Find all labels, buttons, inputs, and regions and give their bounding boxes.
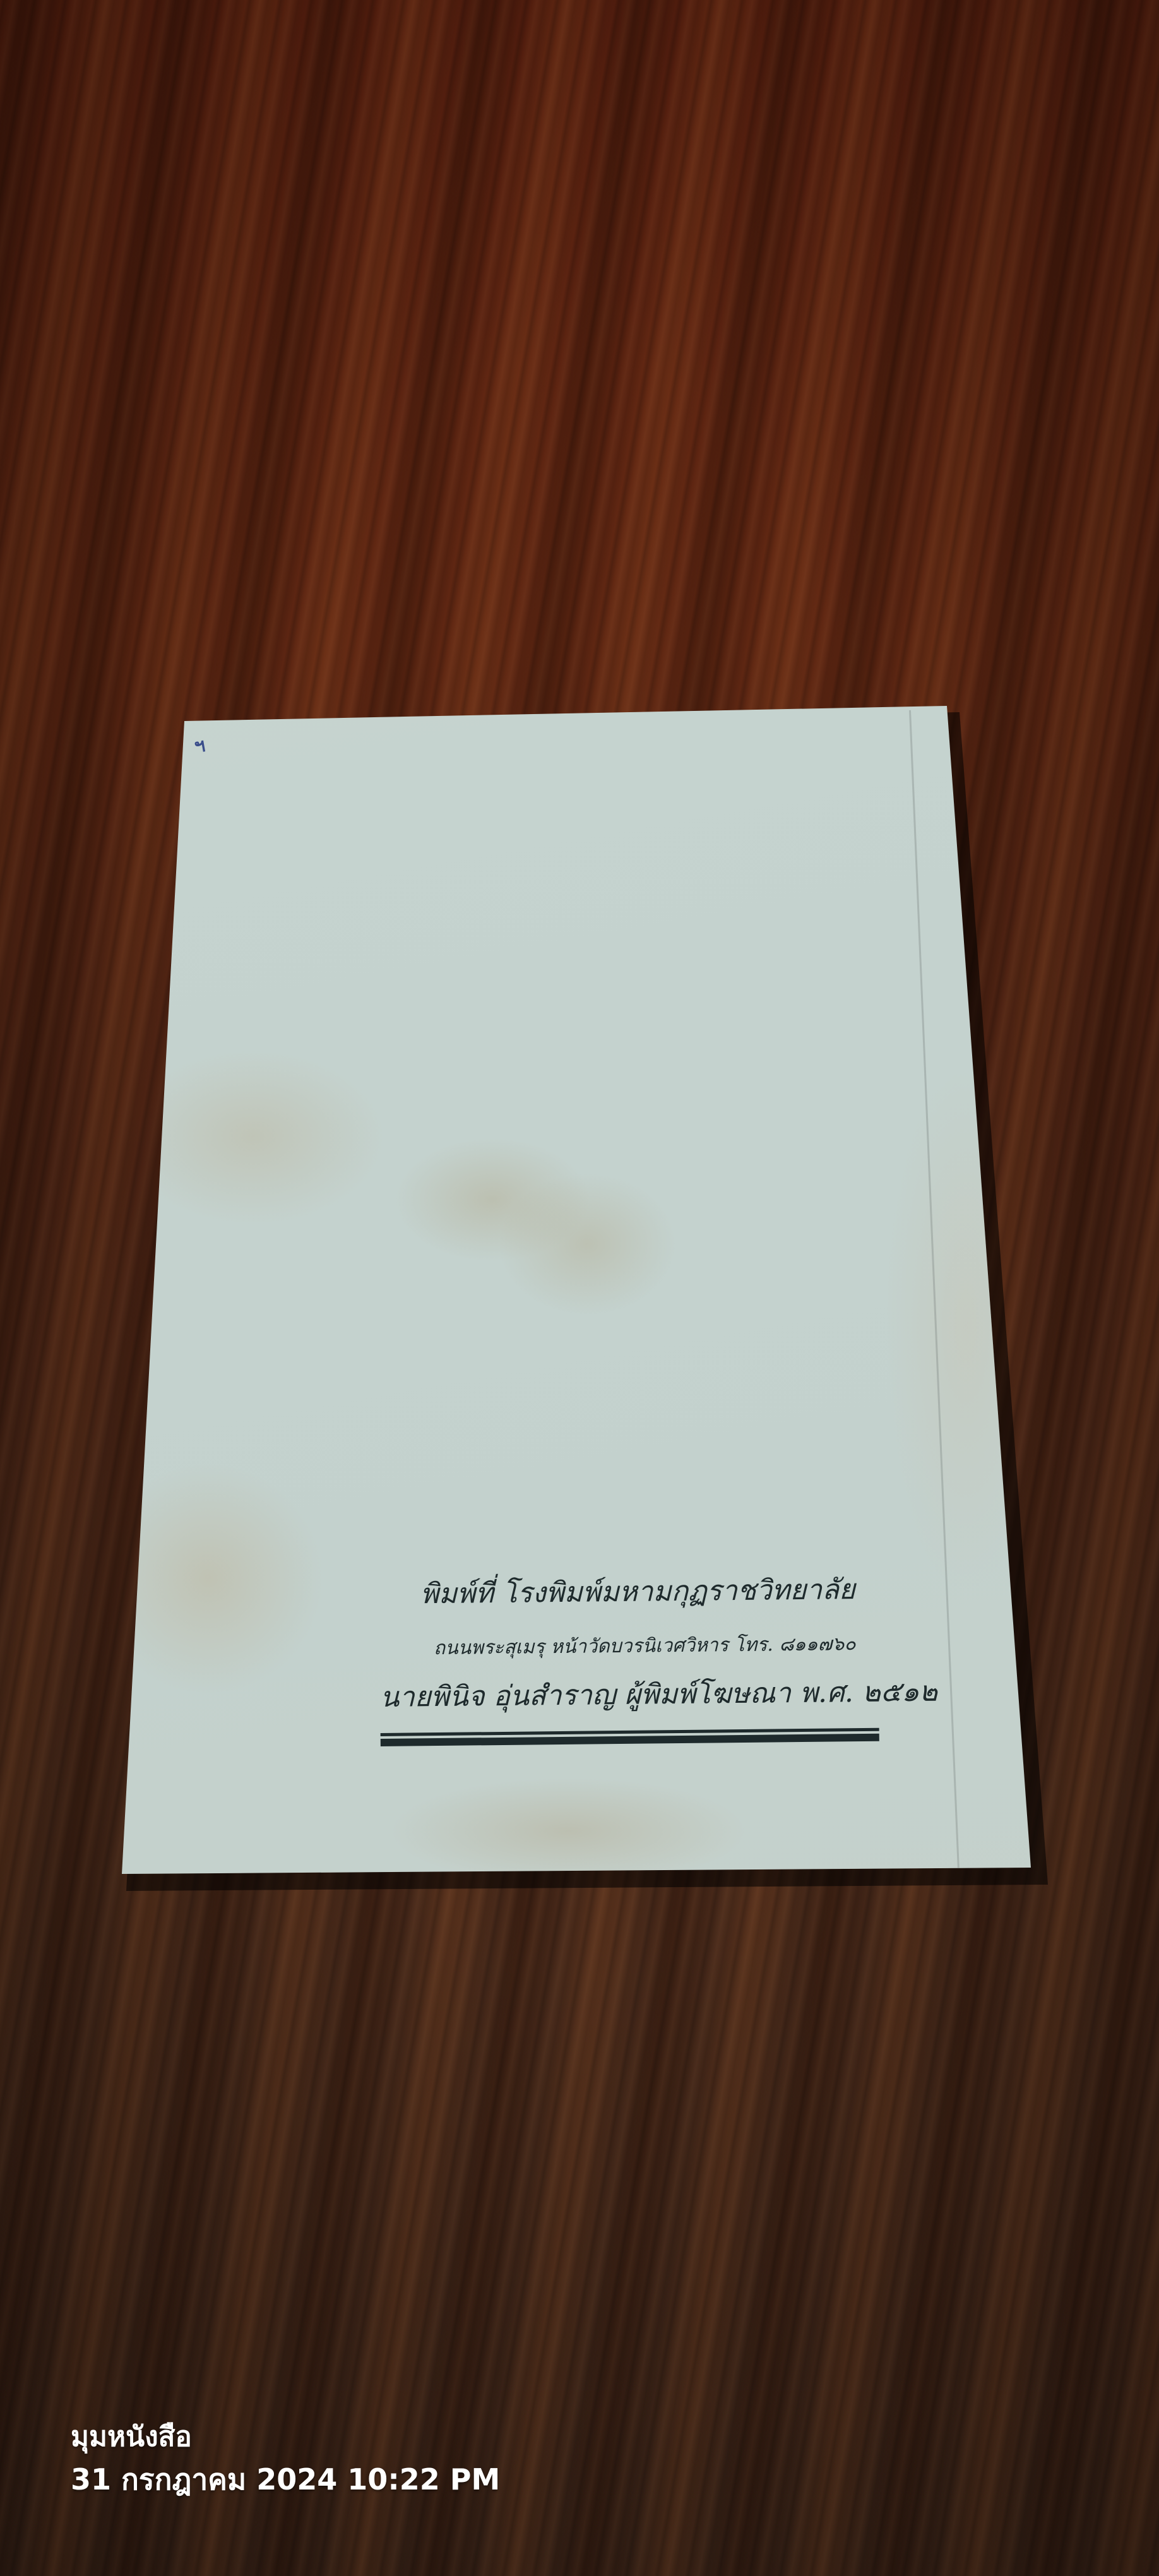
location-label: มุมหนังสือ	[71, 2418, 500, 2456]
photo-timestamp-overlay: มุมหนังสือ 31 กรกฎาคม 2024 10:22 PM	[71, 2418, 500, 2503]
printer-imprint: พิมพ์ที่ โรงพิมพ์มหามกุฏราชวิทยาลัย ถนนพ…	[379, 1567, 879, 1746]
imprint-publisher-year: นายพินิจ อุ่นสำราญ ผู้พิมพ์โฆษณา พ.ศ. ๒๕…	[380, 1670, 879, 1719]
imprint-printer-name: พิมพ์ที่ โรงพิมพ์มหามกุฏราชวิทยาลัย	[398, 1567, 878, 1616]
timestamp-label: 31 กรกฎาคม 2024 10:22 PM	[71, 2456, 500, 2503]
imprint-address: ถนนพระสุเมรุ หน้าวัดบวรนิเวศวิหาร โทร. ๘…	[411, 1629, 878, 1664]
